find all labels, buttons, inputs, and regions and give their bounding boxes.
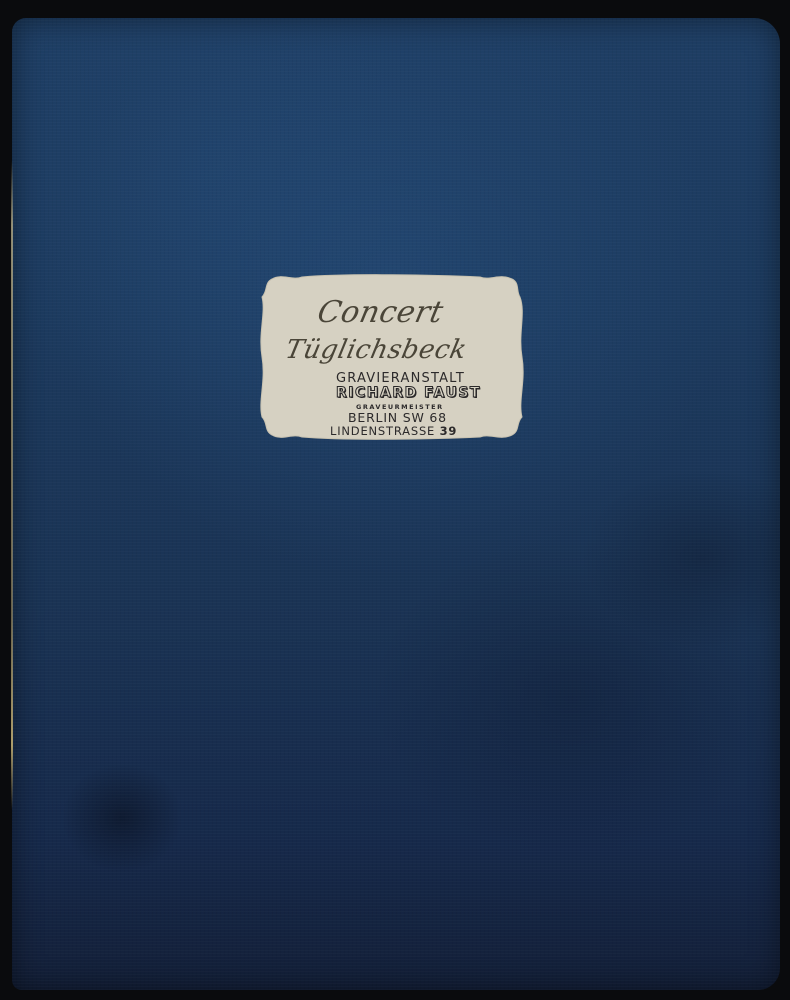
stamp-line-richard-faust: RICHARD FAUST	[336, 385, 481, 401]
stamp-line-address: LINDENSTRASSE 39	[330, 424, 457, 438]
stamp-street-number: 39	[440, 424, 458, 438]
notebook-cover	[12, 18, 780, 990]
stamp-line-gravieranstalt: GRAVIERANSTALT	[336, 371, 465, 386]
stamp-street: LINDENSTRASSE	[330, 424, 435, 438]
cover-label: Concert Tüglichsbeck GRAVIERANSTALT RICH…	[258, 273, 526, 441]
photo-scene: Concert Tüglichsbeck GRAVIERANSTALT RICH…	[0, 0, 790, 1000]
handwritten-title: Concert	[314, 295, 446, 330]
page-edge	[11, 160, 13, 810]
handwritten-composer-name: Tüglichsbeck	[283, 335, 470, 365]
stamp-line-berlin: BERLIN SW 68	[348, 410, 447, 425]
